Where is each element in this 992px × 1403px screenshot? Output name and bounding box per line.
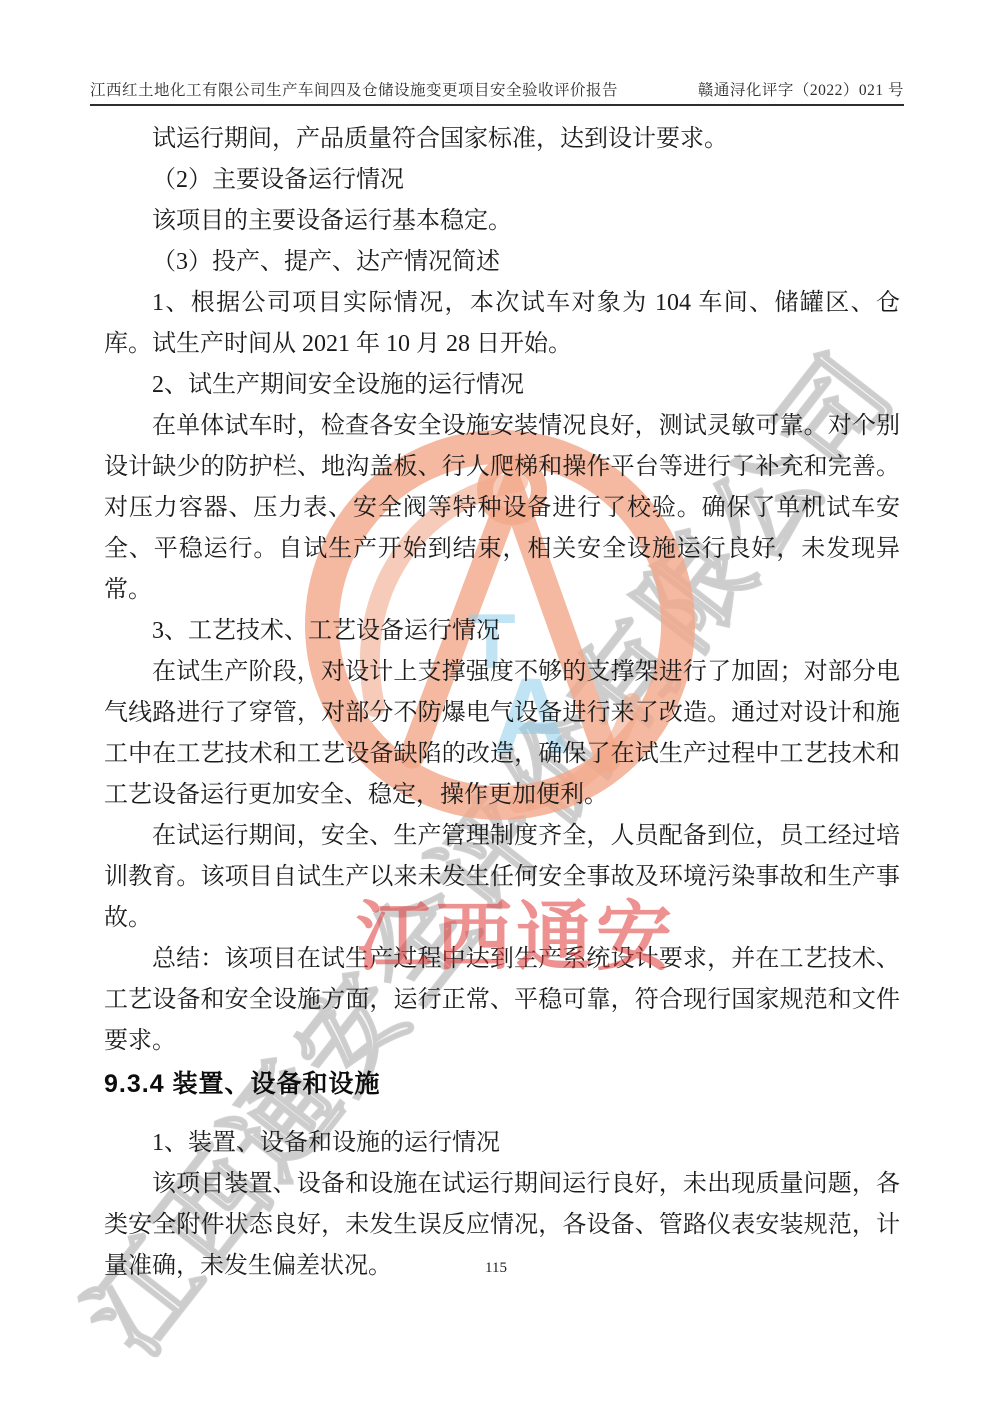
document-page: 江西通安全评价有限公司 T A 江西红土地化工有限公司生产车间四及仓储设施变更项… xyxy=(0,0,992,1403)
page-number: 115 xyxy=(485,1260,507,1276)
paragraph: （2）主要设备运行情况 xyxy=(104,160,900,201)
header-report-title: 江西红土地化工有限公司生产车间四及仓储设施变更项目安全验收评价报告 xyxy=(90,78,618,100)
section-heading: 9.3.4 装置、设备和设施 xyxy=(104,1063,900,1106)
page-header: 江西红土地化工有限公司生产车间四及仓储设施变更项目安全验收评价报告 赣通浔化评字… xyxy=(90,78,904,106)
paragraph: 3、工艺技术、工艺设备运行情况 xyxy=(104,611,900,652)
header-document-number: 赣通浔化评字（2022）021 号 xyxy=(698,78,904,100)
document-body: 试运行期间，产品质量符合国家标准，达到设计要求。 （2）主要设备运行情况 该项目… xyxy=(104,119,900,1287)
paragraph: 1、根据公司项目实际情况，本次试车对象为 104 车间、储罐区、仓库。试生产时间… xyxy=(104,283,900,365)
paragraph: 在单体试车时，检查各安全设施安装情况良好，测试灵敏可靠。对个别设计缺少的防护栏、… xyxy=(104,406,900,611)
paragraph: 试运行期间，产品质量符合国家标准，达到设计要求。 xyxy=(104,119,900,160)
paragraph: 在试生产阶段，对设计上支撑强度不够的支撑架进行了加固；对部分电气线路进行了穿管，… xyxy=(104,652,900,816)
paragraph: 1、装置、设备和设施的运行情况 xyxy=(104,1123,900,1164)
paragraph: 该项目的主要设备运行基本稳定。 xyxy=(104,201,900,242)
paragraph: 在试运行期间，安全、生产管理制度齐全，人员配备到位，员工经过培训教育。该项目自试… xyxy=(104,816,900,939)
paragraph: （3）投产、提产、达产情况简述 xyxy=(104,242,900,283)
page-footer: 115 xyxy=(0,1260,992,1277)
paragraph: 2、试生产期间安全设施的运行情况 xyxy=(104,365,900,406)
paragraph: 总结：该项目在试生产过程中达到生产系统设计要求，并在工艺技术、工艺设备和安全设施… xyxy=(104,939,900,1062)
